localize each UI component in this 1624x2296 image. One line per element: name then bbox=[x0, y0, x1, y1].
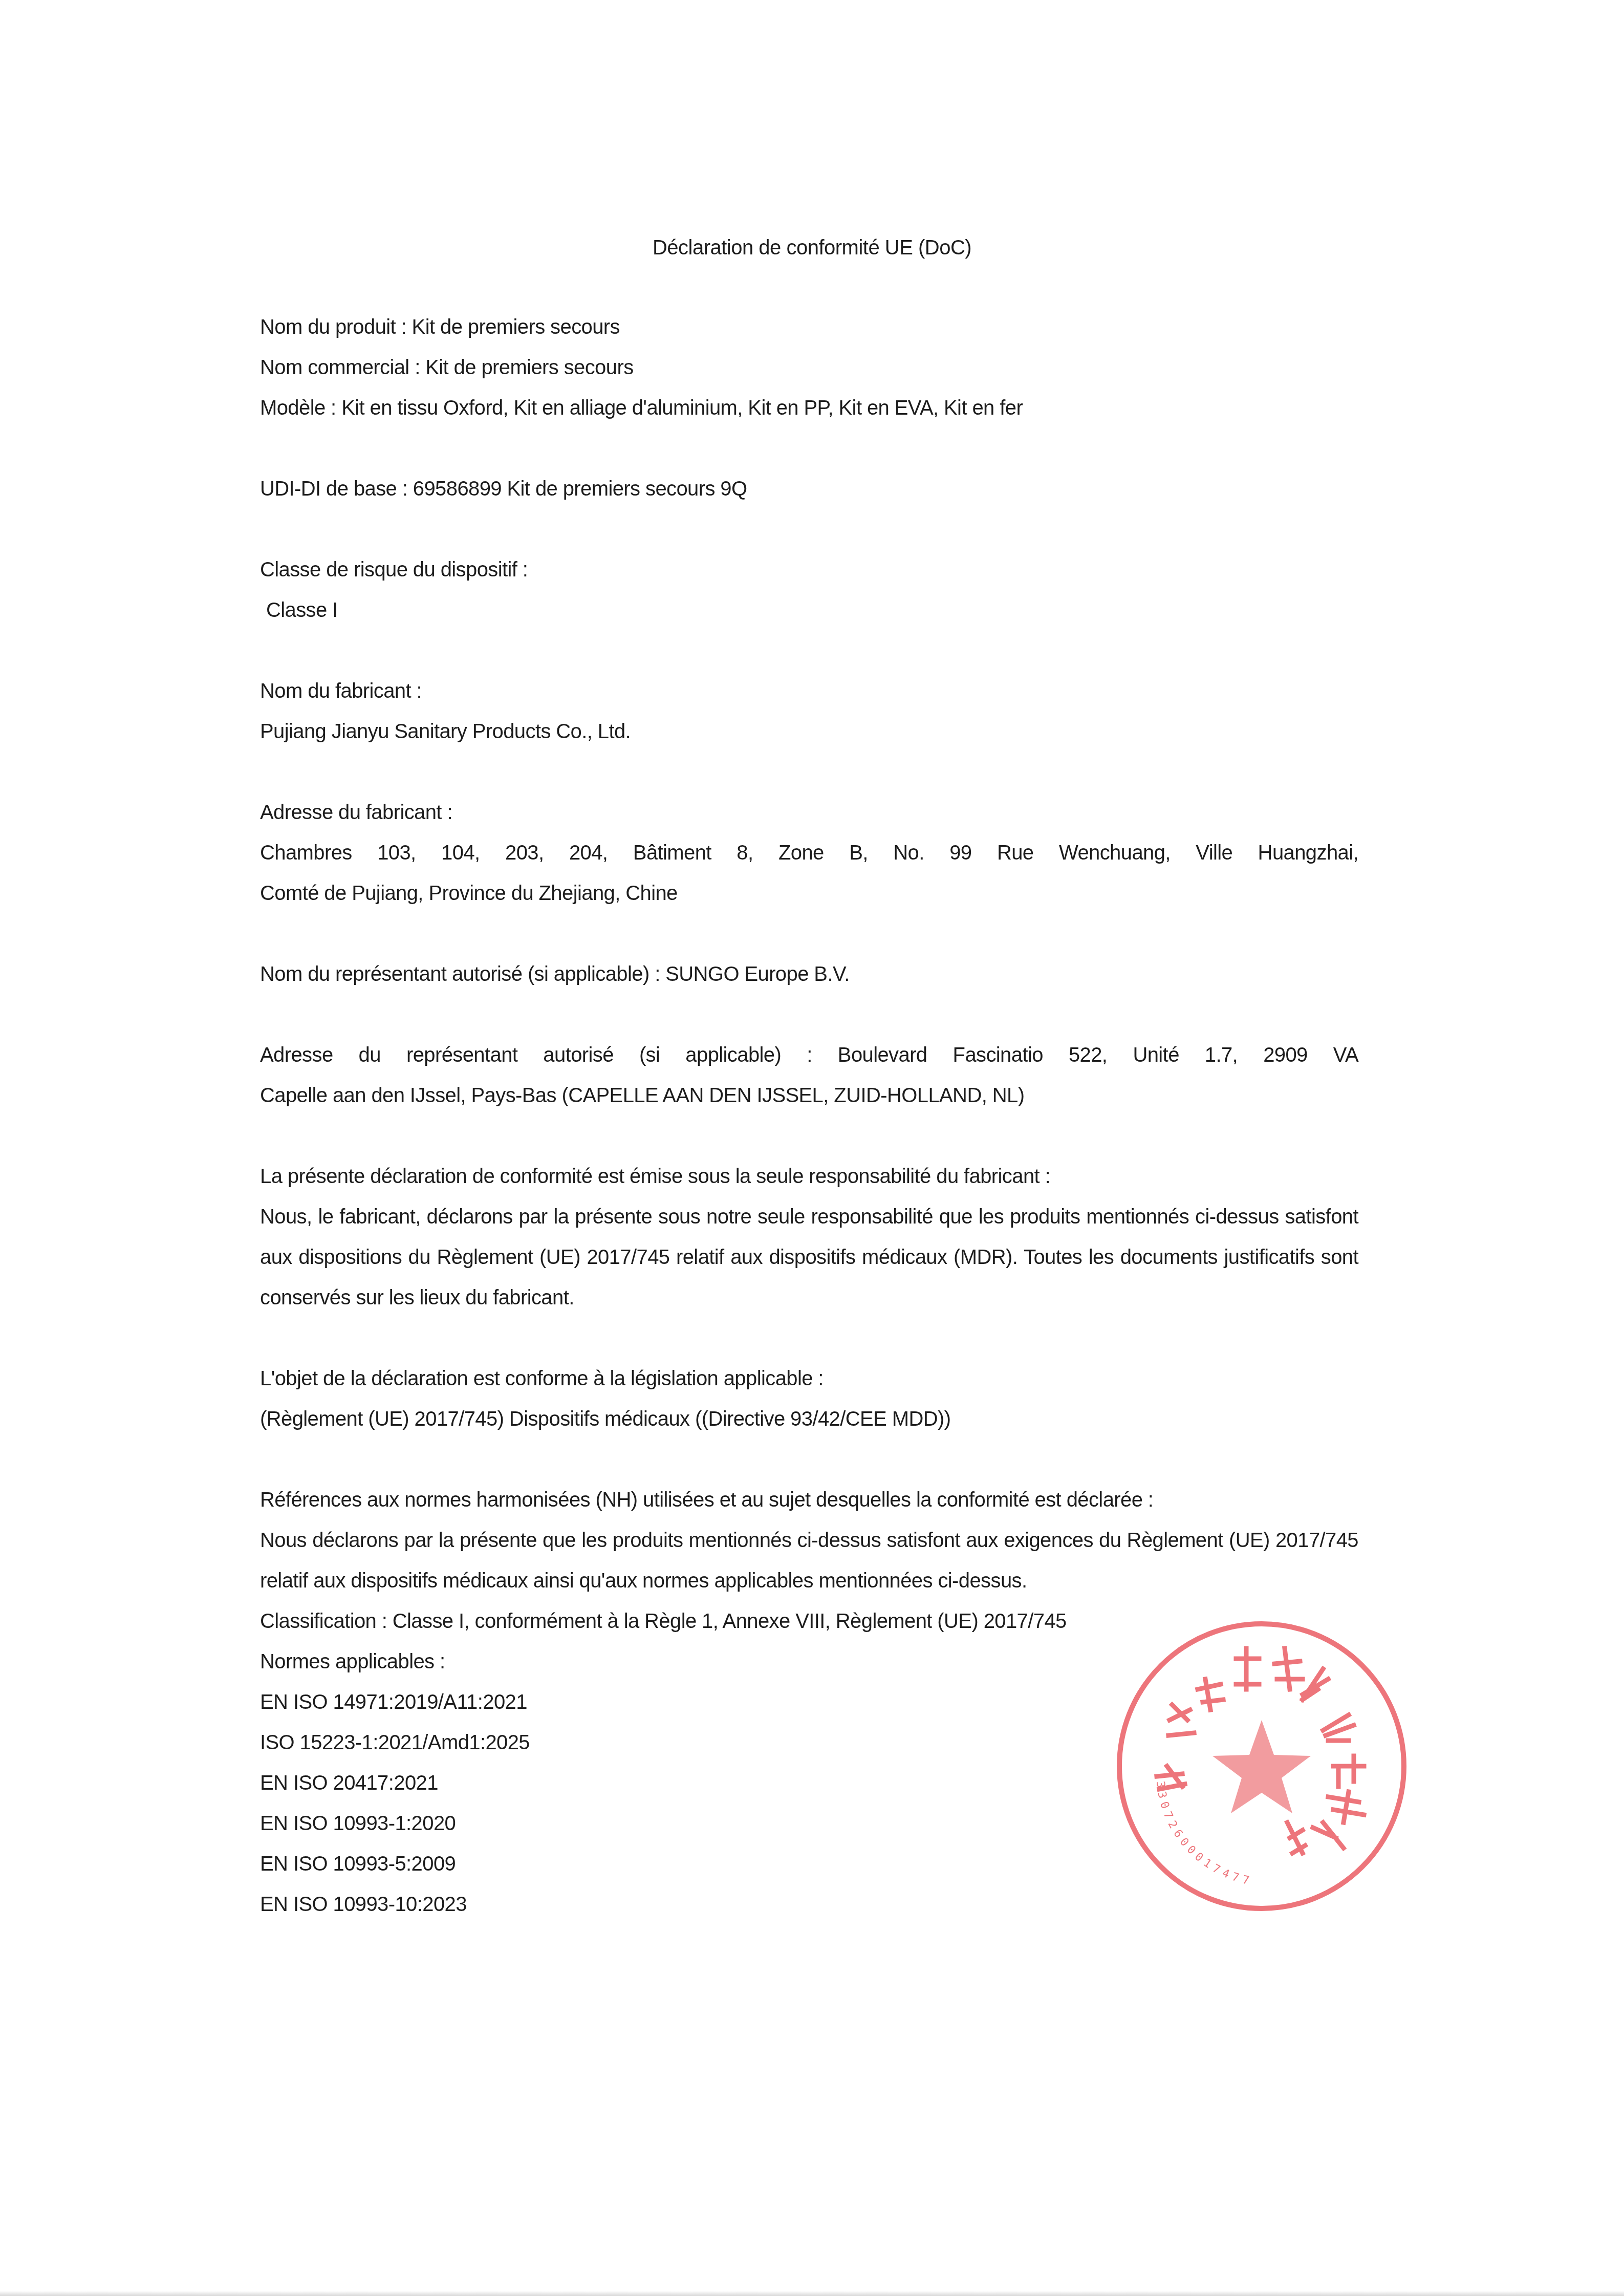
authorized-rep-address-line1: Adresse du représentant autorisé (si app… bbox=[260, 1035, 1358, 1076]
document-page: Déclaration de conformité UE (DoC) Nom d… bbox=[0, 0, 1624, 2296]
product-name: Nom du produit : Kit de premiers secours bbox=[260, 307, 1358, 348]
standard-item: EN ISO 14971:2019/A11:2021 bbox=[260, 1682, 1358, 1723]
legislation-heading: L'objet de la déclaration est conforme à… bbox=[260, 1359, 1358, 1399]
standard-item: EN ISO 10993-5:2009 bbox=[260, 1844, 1358, 1884]
manufacturer-address-label: Adresse du fabricant : bbox=[260, 792, 1358, 833]
scan-edge bbox=[0, 2291, 1624, 2296]
standard-item: ISO 15223-1:2021/Amd1:2025 bbox=[260, 1723, 1358, 1763]
classification: Classification : Classe I, conformément … bbox=[260, 1601, 1358, 1642]
standards-statement: Nous déclarons par la présente que les p… bbox=[260, 1520, 1358, 1601]
standards-heading: Références aux normes harmonisées (NH) u… bbox=[260, 1480, 1358, 1520]
basic-udi-di: UDI-DI de base : 69586899 Kit de premier… bbox=[260, 469, 1358, 509]
standard-item: EN ISO 10993-10:2023 bbox=[260, 1884, 1358, 1925]
manufacturer-label: Nom du fabricant : bbox=[260, 671, 1358, 712]
document-title: Déclaration de conformité UE (DoC) bbox=[0, 237, 1624, 260]
standard-item: EN ISO 10993-1:2020 bbox=[260, 1804, 1358, 1844]
legislation-value: (Règlement (UE) 2017/745) Dispositifs mé… bbox=[260, 1399, 1358, 1440]
manufacturer-address-line2: Comté de Pujiang, Province du Zhejiang, … bbox=[260, 873, 1358, 914]
manufacturer-address-line1: Chambres 103, 104, 203, 204, Bâtiment 8,… bbox=[260, 833, 1358, 873]
responsibility-paragraph: Nous, le fabricant, déclarons par la pré… bbox=[260, 1197, 1358, 1318]
authorized-rep-name: Nom du représentant autorisé (si applica… bbox=[260, 954, 1358, 995]
standard-item: EN ISO 20417:2021 bbox=[260, 1763, 1358, 1804]
authorized-rep-address-line2: Capelle aan den IJssel, Pays-Bas (CAPELL… bbox=[260, 1076, 1358, 1116]
responsibility-heading: La présente déclaration de conformité es… bbox=[260, 1156, 1358, 1197]
document-body: Nom du produit : Kit de premiers secours… bbox=[260, 307, 1358, 1925]
risk-class-label: Classe de risque du dispositif : bbox=[260, 550, 1358, 590]
manufacturer-name: Pujiang Jianyu Sanitary Products Co., Lt… bbox=[260, 712, 1358, 752]
standards-label: Normes applicables : bbox=[260, 1642, 1358, 1682]
model-list: Modèle : Kit en tissu Oxford, Kit en all… bbox=[260, 388, 1358, 428]
commercial-name: Nom commercial : Kit de premiers secours bbox=[260, 348, 1358, 388]
risk-class-value: Classe I bbox=[260, 590, 1358, 631]
